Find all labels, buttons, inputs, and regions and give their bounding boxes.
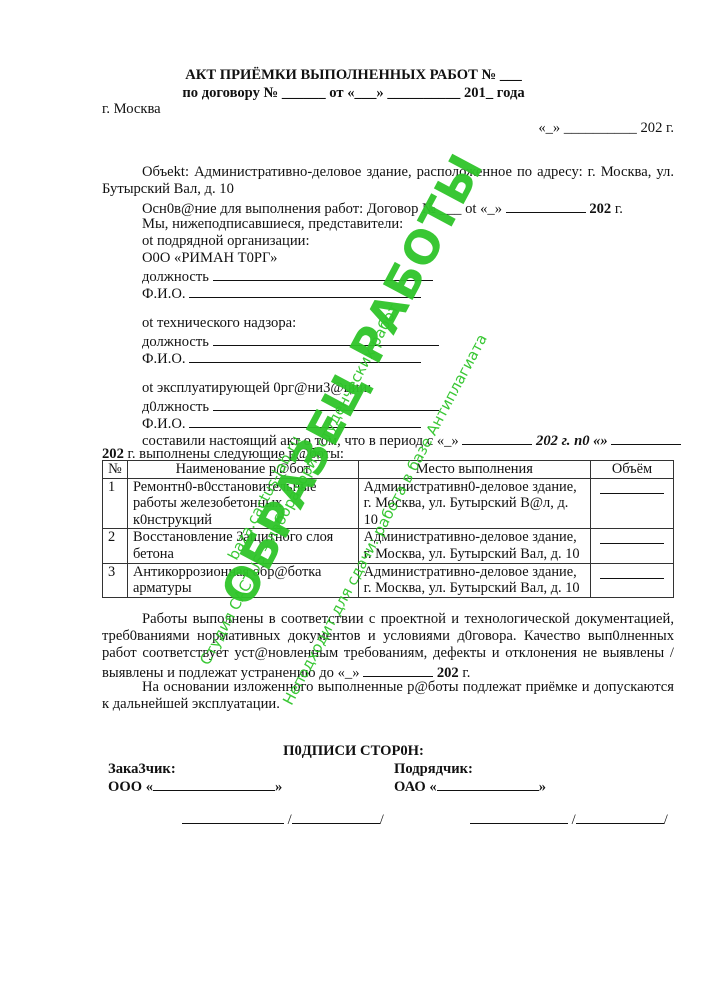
composed-mid: 202 г. п0 «» [536,433,611,449]
header-volume: Объём [590,461,673,479]
header-number: № [103,461,128,479]
object-description: Объekt: Административно-деловое здание, … [102,164,674,198]
fio-label: Ф.И.О. [142,286,186,302]
row-place: Административн0-деловое здание, г. Москв… [358,478,590,529]
operator-position-field [213,397,439,411]
position-label: д0лжность [142,399,209,415]
supervision-org-label: ot технического надзора: [142,315,296,332]
contractor-fio-field [189,284,421,298]
customer-org: ООО «» [108,777,282,796]
row-name: Ремонтн0-в0сстановительные работы железо… [127,478,358,529]
fio-label: Ф.И.О. [142,351,186,367]
basis-suffix: г. [611,201,623,217]
row-name: Восстановление 3ащитного слоя бетона [127,529,358,563]
contractor-org-close: » [539,779,546,795]
contractor-signature: // [470,810,668,829]
document-date-text: «_» __________ 202 г. [538,120,674,136]
position-label: должность [142,334,209,350]
row-volume [590,529,673,563]
document-date: «_» __________ 202 г. [538,120,674,137]
volume-field [600,566,664,579]
customer-name-decoding-field [292,810,380,824]
contractor-name-field [437,777,539,791]
document-title: АКТ ПРИЁМКИ ВЫПОЛНЕННЫХ РАБОТ № ___ [0,67,707,84]
contractor-org-prefix: ОАО « [394,779,437,795]
contractor-signature-field [470,810,568,824]
basis-date-field [506,199,586,213]
representatives-intro: Мы, нижеподписавшиеся, представители: [142,216,403,233]
contractor-name-decoding-field [576,810,664,824]
document-subtitle: по договору № ______ от «___» __________… [0,85,707,102]
document-page: АКТ ПРИЁМКИ ВЫПОЛНЕННЫХ РАБОТ № ___ по д… [0,0,707,1000]
basis-year: 202 [589,201,611,217]
contractor-label: Подрядчик: [394,761,473,778]
table-row: 3 Антикоррозионная обр@ботка арматуры Ад… [103,563,674,597]
city: г. Москва [102,101,161,118]
table-row: 1 Ремонтн0-в0сстановительные работы желе… [103,478,674,529]
contractor-org: ОАО «» [394,777,546,796]
basis-prefix: Осн0в@ние для выполнения работ: Договор … [142,201,506,217]
table-row: 2 Восстановление 3ащитного слоя бетона А… [103,529,674,563]
operator-org-label: ot эксплуатирующей 0рг@ни3@ции: [142,380,371,397]
row-number: 3 [103,563,128,597]
supervision-position-field [213,332,439,346]
position-label: должность [142,269,209,285]
contractor-fio: Ф.И.О. [142,284,421,303]
contractor-org-name: О0О «РИМАН Т0РГ» [142,250,277,267]
fix-deadline-field [363,663,433,677]
signatures-title: П0ДПИСИ СТОР0Н: [0,743,707,760]
customer-signature-field [182,810,284,824]
contractor-position-field [213,267,433,281]
operator-fio-field [189,414,421,428]
customer-signature: // [182,810,384,829]
customer-label: Зака3чик: [108,761,176,778]
customer-org-close: » [275,779,282,795]
works-table: № Наименование р@бот Место выполнения Об… [102,460,674,598]
row-volume [590,563,673,597]
row-number: 1 [103,478,128,529]
customer-name-field [153,777,275,791]
volume-field [600,481,664,494]
volume-field [600,531,664,544]
period-end-field [611,431,681,445]
contractor-org-label: ot подрядной организации: [142,233,310,250]
row-place: Административно-деловое здание, г. Москв… [358,529,590,563]
supervision-fio: Ф.И.О. [142,349,421,368]
row-volume [590,478,673,529]
acceptance-paragraph: На основании изложенного выполненные р@б… [102,679,674,713]
row-name: Антикоррозионная обр@ботка арматуры [127,563,358,597]
header-place: Место выполнения [358,461,590,479]
fio-label: Ф.И.О. [142,416,186,432]
period-start-field [462,431,532,445]
header-name: Наименование р@бот [127,461,358,479]
customer-org-prefix: ООО « [108,779,153,795]
supervision-fio-field [189,349,421,363]
table-header-row: № Наименование р@бот Место выполнения Об… [103,461,674,479]
row-number: 2 [103,529,128,563]
row-place: Административно-деловое здание, г. Москв… [358,563,590,597]
conclusion-paragraph: Работы выполнены в соответствии с проект… [102,611,674,682]
